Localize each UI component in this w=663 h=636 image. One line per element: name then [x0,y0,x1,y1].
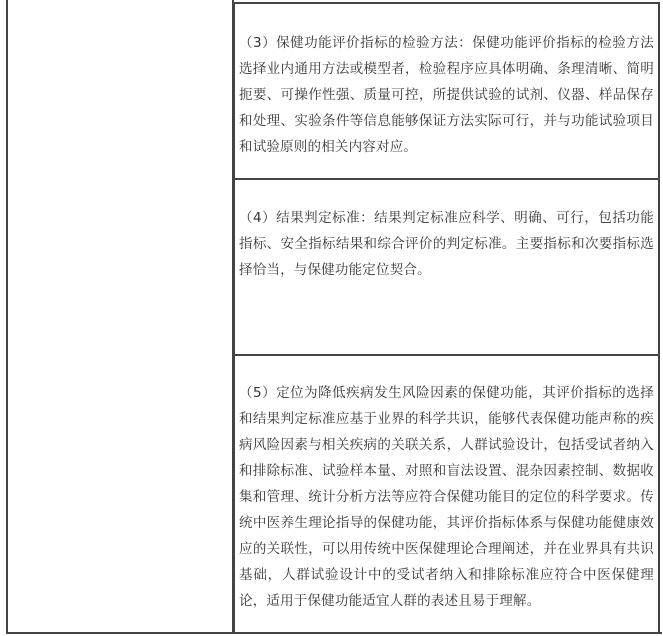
table-cell-judgment-criteria: （4）结果判定标准：结果判定标准应科学、明确、可行，包括功能指标、安全指标结果和… [233,178,660,356]
table-bottom-border [6,632,662,634]
paragraph-item-4: （4）结果判定标准：结果判定标准应科学、明确、可行，包括功能指标、安全指标结果和… [235,178,658,283]
paragraph-item-3: （3）保健功能评价指标的检验方法：保健功能评价指标的检验方法选择业内通用方法或模… [235,4,658,160]
table-left-cell [6,0,234,634]
table-cell-evaluation-method: （3）保健功能评价指标的检验方法：保健功能评价指标的检验方法选择业内通用方法或模… [233,2,660,180]
paragraph-item-5: （5）定位为降低疾病发生风险因素的保健功能，其评价指标的选择和结果判定标准应基于… [235,354,658,614]
table-cell-disease-risk-function: （5）定位为降低疾病发生风险因素的保健功能，其评价指标的选择和结果判定标准应基于… [233,354,660,634]
